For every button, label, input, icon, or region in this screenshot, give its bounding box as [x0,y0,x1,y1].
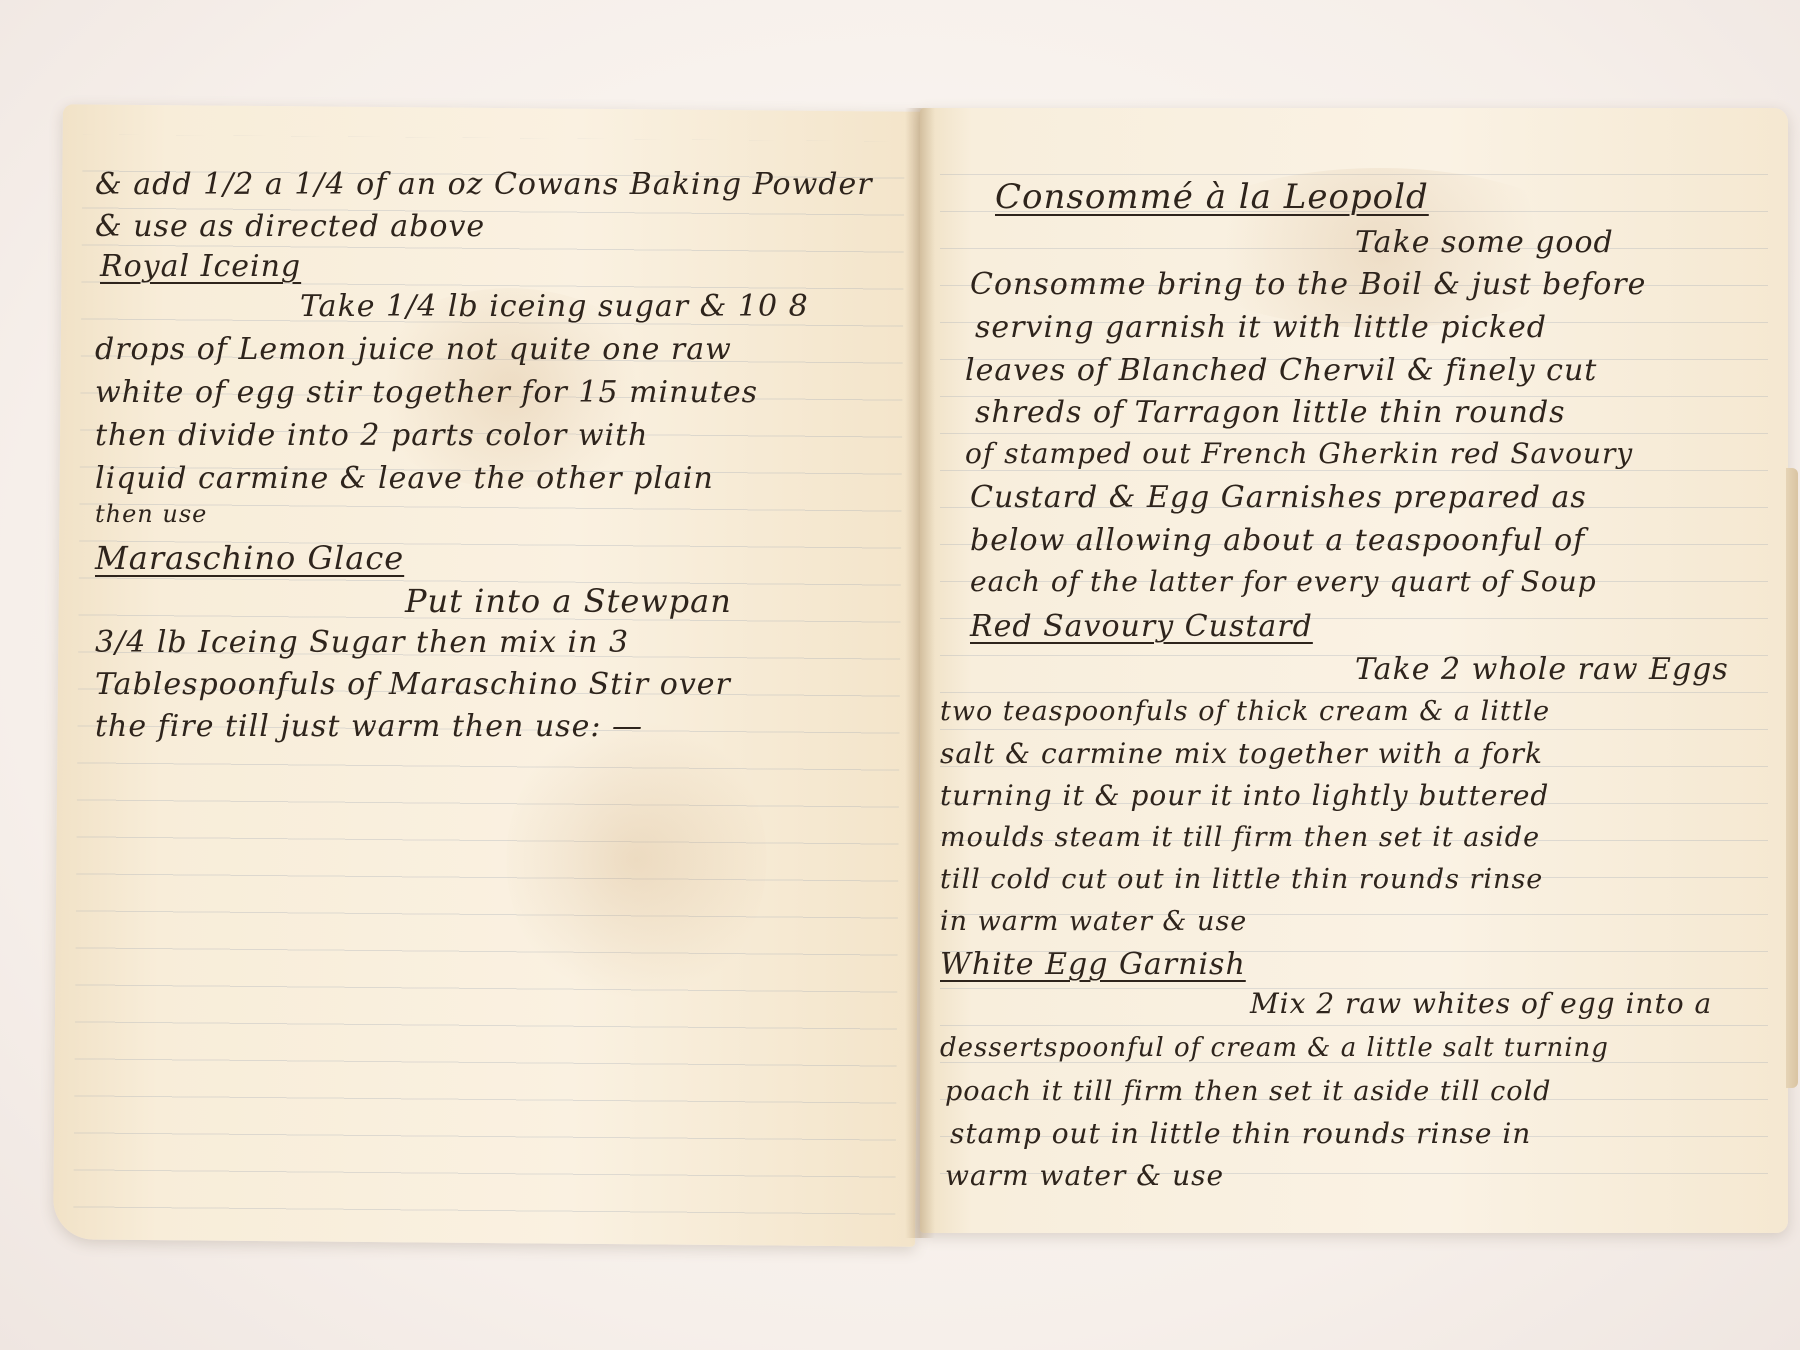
handwritten-line: white of egg stir together for 15 minute… [95,378,758,408]
recipe-title-maraschino-glace: Maraschino Glace [95,542,404,574]
handwritten-line: & use as directed above [95,212,485,242]
handwritten-line: below allowing about a teaspoonful of [970,526,1585,556]
handwritten-line: till cold cut out in little thin rounds … [940,866,1543,893]
handwritten-line: leaves of Blanched Chervil & finely cut [965,356,1597,386]
handwritten-line: drops of Lemon juice not quite one raw [95,335,732,365]
handwritten-line: Take some good [1355,228,1614,258]
handwritten-line: poach it till firm then set it aside til… [945,1078,1551,1105]
handwritten-line: Put into a Stewpan [405,585,732,617]
recipe-title-white-egg-garnish: White Egg Garnish [940,950,1246,980]
handwritten-line: liquid carmine & leave the other plain [95,464,714,494]
handwritten-line: Take 2 whole raw Eggs [1355,655,1729,685]
handwritten-line: each of the latter for every quart of So… [970,568,1597,596]
handwritten-line: Tablespoonfuls of Maraschino Stir over [95,670,731,700]
handwritten-line: & add 1/2 a 1/4 of an oz Cowans Baking P… [95,170,873,200]
handwritten-line: 3/4 lb Iceing Sugar then mix in 3 [95,628,629,658]
handwritten-line: Mix 2 raw whites of egg into a [1250,990,1712,1018]
recipe-title-royal-icing: Royal Iceing [100,252,301,282]
handwritten-line: then divide into 2 parts color with [95,421,648,451]
handwritten-line: Consomme bring to the Boil & just before [970,270,1646,300]
handwritten-line: Custard & Egg Garnishes prepared as [970,483,1587,513]
handwritten-line: shreds of Tarragon little thin rounds [975,398,1566,428]
handwritten-line: Take 1/4 lb iceing sugar & 10 8 [300,292,809,322]
recipe-title-consomme: Consommé à la Leopold [995,180,1429,214]
handwritten-line: serving garnish it with little picked [975,313,1547,343]
handwritten-line: moulds steam it till firm then set it as… [940,824,1540,851]
handwritten-line: salt & carmine mix together with a fork [940,740,1543,768]
handwritten-line: in warm water & use [940,908,1247,935]
recipe-title-red-savoury-custard: Red Savoury Custard [970,612,1313,642]
handwritten-line: of stamped out French Gherkin red Savour… [965,440,1633,468]
handwritten-line: stamp out in little thin rounds rinse in [950,1120,1531,1148]
book-gutter [905,108,935,1238]
handwritten-line: then use [95,502,207,526]
handwritten-line: the fire till just warm then use: — [95,712,643,742]
handwritten-line: warm water & use [945,1162,1224,1190]
handwritten-line: dessertspoonful of cream & a little salt… [940,1035,1609,1061]
page-edge [1786,468,1798,1088]
handwritten-line: turning it & pour it into lightly butter… [940,782,1549,810]
paper-stain [505,708,768,1010]
handwritten-line: two teaspoonfuls of thick cream & a litt… [940,698,1550,725]
